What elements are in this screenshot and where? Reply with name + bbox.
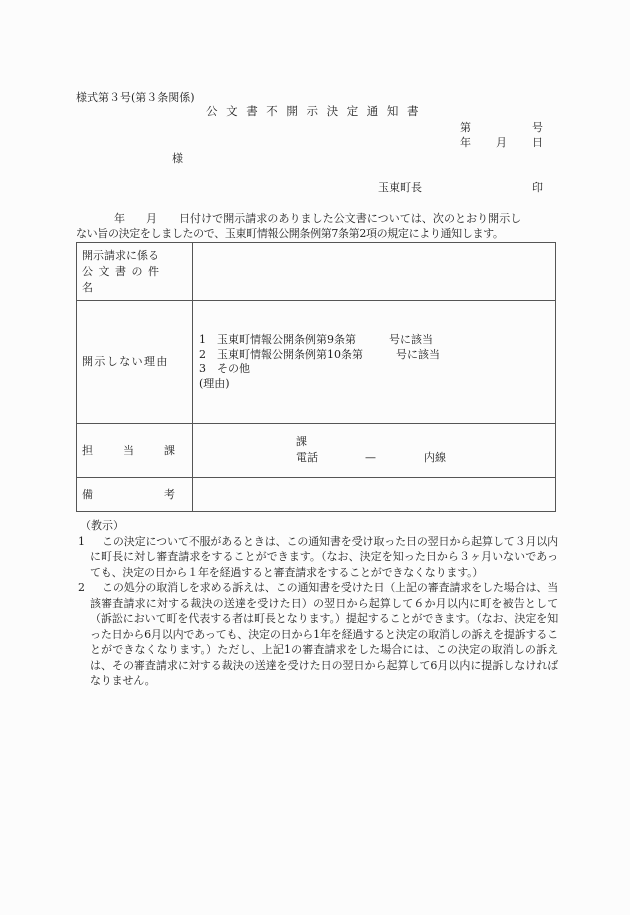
label-reasons: 開示しない理由 — [77, 301, 193, 424]
extension-label: 内線 — [424, 452, 446, 463]
notice-table: 開示請求に係る 公文書の件名 開示しない理由 1 玉東町情報公開条例第9条第 号… — [76, 242, 556, 512]
addressee: 様 — [172, 153, 183, 164]
instruction-item: 1 この決定について不服があるときは、この通知書を受け取った日の翌日から起算して… — [76, 534, 558, 581]
intro-text: 日付けで開示請求のありました公文書については、次のとおり開示し — [179, 213, 521, 224]
instruction-item: 2 この処分の取消しを求める訴えは、この通知書を受けた日（上記の審査請求をした場… — [76, 580, 558, 689]
section-suffix: 課 — [296, 436, 307, 447]
value-department[interactable]: 課 電話 — 内線 — [193, 424, 556, 478]
reason-item: 2 玉東町情報公開条例第10条第 号に該当 — [199, 348, 555, 363]
instructions-section: （教示） 1 この決定について不服があるときは、この通知書を受け取った日の翌日か… — [76, 518, 558, 689]
seal-mark: 印 — [532, 182, 543, 193]
label-line: 開示請求に係る — [82, 248, 159, 264]
date-month: 月 — [496, 137, 507, 148]
value-remarks[interactable] — [193, 478, 556, 512]
reason-item: 1 玉東町情報公開条例第9条第 号に該当 — [199, 333, 555, 348]
label-department: 担 当 課 — [77, 424, 193, 478]
date-day: 日 — [532, 137, 543, 148]
intro-year: 年 — [114, 213, 125, 224]
number-suffix: 号 — [532, 122, 543, 133]
form-number: 様式第３号(第３条関係) — [76, 92, 195, 103]
table-row-department: 担 当 課 課 電話 — 内線 — [77, 424, 556, 478]
label-remarks: 備 考 — [77, 478, 193, 512]
date-year: 年 — [460, 137, 471, 148]
reason-item: 3 その他 — [199, 362, 555, 377]
instruction-text: この決定について不服があるときは、この通知書を受け取った日の翌日から起算して３月… — [90, 534, 558, 581]
document-title: 公文書不開示決定通知書 — [206, 106, 427, 118]
label-line: 公文書の件名 — [82, 264, 175, 296]
intro-line-2: ない旨の決定をしましたので、玉東町情報公開条例第7条第2項の規定により通知します… — [76, 228, 504, 239]
table-row-reasons: 開示しない理由 1 玉東町情報公開条例第9条第 号に該当 2 玉東町情報公開条例… — [77, 301, 556, 424]
instruction-text: この処分の取消しを求める訴えは、この通知書を受けた日（上記の審査請求をした場合は… — [90, 580, 558, 689]
instructions-heading: （教示） — [76, 518, 558, 534]
table-row-document-subject: 開示請求に係る 公文書の件名 — [77, 243, 556, 301]
label-document-subject: 開示請求に係る 公文書の件名 — [77, 243, 193, 301]
number-prefix: 第 — [460, 122, 471, 133]
value-reasons[interactable]: 1 玉東町情報公開条例第9条第 号に該当 2 玉東町情報公開条例第10条第 号に… — [193, 301, 556, 424]
intro-month: 月 — [146, 213, 157, 224]
table-row-remarks: 備 考 — [77, 478, 556, 512]
instruction-number: 2 — [78, 580, 85, 596]
phone-dash: — — [365, 452, 376, 463]
value-document-subject[interactable] — [193, 243, 556, 301]
issuer-name: 玉東町長 — [378, 182, 422, 193]
phone-label: 電話 — [296, 452, 318, 463]
reason-detail-label: (理由) — [199, 377, 555, 392]
instruction-number: 1 — [78, 534, 85, 550]
